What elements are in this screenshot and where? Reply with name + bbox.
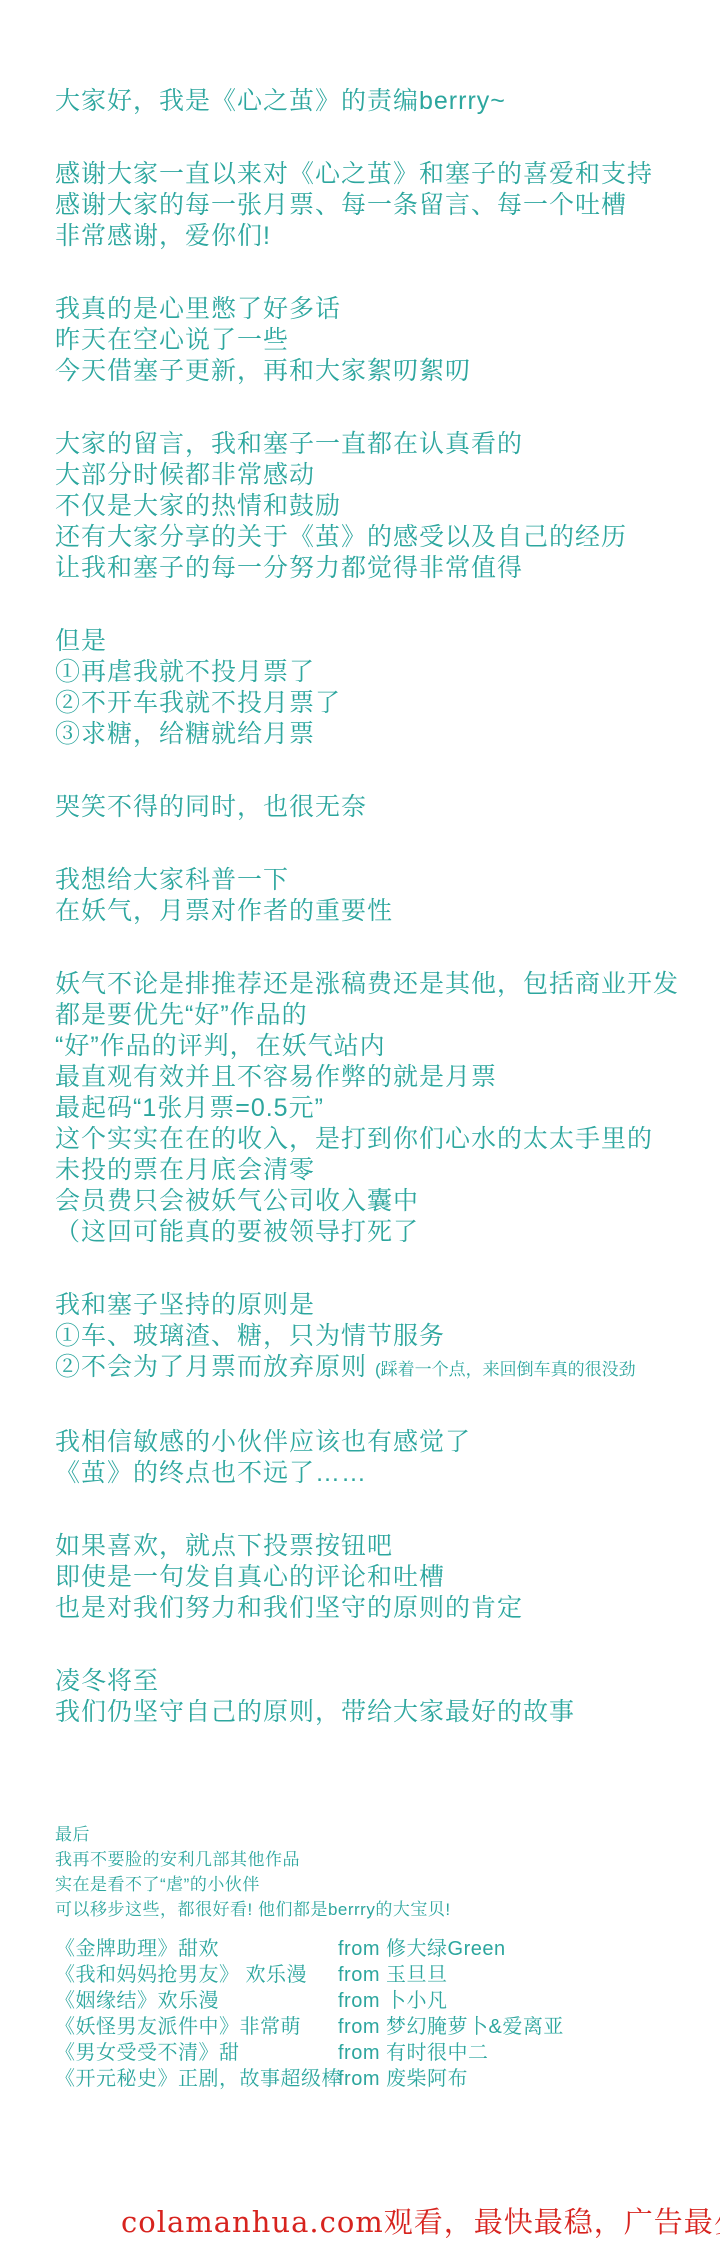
letter-paragraph: 感谢大家一直以来对《心之茧》和塞子的喜爱和支持感谢大家的每一张月票、每一条留言、…: [55, 159, 679, 252]
letter-paragraph: 凌冬将至我们仍坚守自己的原则，带给大家最好的故事: [55, 1666, 679, 1728]
editor-note-page: 大家好，我是《心之茧》的责编berrry~感谢大家一直以来对《心之茧》和塞子的喜…: [0, 0, 720, 2264]
letter-line: 感谢大家的每一张月票、每一条留言、每一个吐槽: [55, 190, 679, 221]
letter-line: 我真的是心里憋了好多话: [55, 294, 679, 325]
recommendation-row: 《开元秘史》正剧，故事超级棒from 废柴阿布: [55, 2066, 564, 2092]
letter-line: 即使是一句发自真心的评论和吐槽: [55, 1562, 679, 1593]
recommendation-author: from 有时很中二: [338, 2040, 489, 2066]
letter-line: 昨天在空心说了一些: [55, 325, 679, 356]
outro-line: 我再不要脸的安利几部其他作品: [55, 1847, 451, 1872]
letter-line: 妖气不论是排推荐还是涨稿费还是其他，包括商业开发: [55, 969, 679, 1000]
recommendation-list: 《金牌助理》甜欢from 修大绿Green《我和妈妈抢男友》 欢乐漫 from …: [55, 1936, 564, 2092]
letter-paragraph: 但是①再虐我就不投月票了②不开车我就不投月票了③求糖，给糖就给月票: [55, 626, 679, 750]
letter-line: 未投的票在月底会清零: [55, 1155, 679, 1186]
letter-line: 今天借塞子更新，再和大家絮叨絮叨: [55, 356, 679, 387]
letter-line: 也是对我们努力和我们坚守的原则的肯定: [55, 1593, 679, 1624]
letter-line: 还有大家分享的关于《茧》的感受以及自己的经历: [55, 522, 679, 553]
letter-paragraph: 我和塞子坚持的原则是①车、玻璃渣、糖，只为情节服务②不会为了月票而放弃原则(踩着…: [55, 1290, 679, 1385]
recommendation-title: 《我和妈妈抢男友》 欢乐漫: [55, 1962, 338, 1988]
recommendation-author: from 梦幻腌萝卜&爱离亚: [338, 2014, 564, 2040]
letter-line: 如果喜欢，就点下投票按钮吧: [55, 1531, 679, 1562]
letter-paragraph: 我想给大家科普一下在妖气，月票对作者的重要性: [55, 865, 679, 927]
letter-line: 最直观有效并且不容易作弊的就是月票: [55, 1062, 679, 1093]
letter-line: 大家的留言，我和塞子一直都在认真看的: [55, 429, 679, 460]
letter-line: ②不开车我就不投月票了: [55, 688, 679, 719]
letter-line: 让我和塞子的每一分努力都觉得非常值得: [55, 553, 679, 584]
letter-paragraph: 我相信敏感的小伙伴应该也有感觉了《茧》的终点也不远了……: [55, 1427, 679, 1489]
letter-paragraph: 大家好，我是《心之茧》的责编berrry~: [55, 86, 679, 117]
letter-line: 非常感谢，爱你们!: [55, 221, 679, 252]
recommendation-author: from 废柴阿布: [338, 2066, 468, 2092]
letter-line: 我和塞子坚持的原则是: [55, 1290, 679, 1321]
letter-line-note: (踩着一个点，来回倒车真的很没劲: [375, 1360, 636, 1379]
editor-letter: 大家好，我是《心之茧》的责编berrry~感谢大家一直以来对《心之茧》和塞子的喜…: [55, 86, 679, 1770]
letter-line: 在妖气，月票对作者的重要性: [55, 896, 679, 927]
recommendation-row: 《我和妈妈抢男友》 欢乐漫 from 玉旦旦: [55, 1962, 564, 1988]
letter-line: 不仅是大家的热情和鼓励: [55, 491, 679, 522]
letter-line: 感谢大家一直以来对《心之茧》和塞子的喜爱和支持: [55, 159, 679, 190]
recommendation-row: 《男女受受不清》甜 from 有时很中二: [55, 2040, 564, 2066]
letter-line: 这个实实在在的收入，是打到你们心水的太太手里的: [55, 1124, 679, 1155]
outro-line: 最后: [55, 1822, 451, 1847]
letter-line: “好”作品的评判，在妖气站内: [55, 1031, 679, 1062]
letter-line: ③求糖，给糖就给月票: [55, 719, 679, 750]
letter-line: 但是: [55, 626, 679, 657]
letter-paragraph: 大家的留言，我和塞子一直都在认真看的大部分时候都非常感动不仅是大家的热情和鼓励还…: [55, 429, 679, 584]
letter-line: 最起码“1张月票=0.5元”: [55, 1093, 679, 1124]
recommendation-title: 《男女受受不清》甜: [55, 2040, 338, 2066]
letter-line: ②不会为了月票而放弃原则(踩着一个点，来回倒车真的很没劲: [55, 1352, 679, 1385]
letter-paragraph: 我真的是心里憋了好多话昨天在空心说了一些今天借塞子更新，再和大家絮叨絮叨: [55, 294, 679, 387]
letter-line: ①车、玻璃渣、糖，只为情节服务: [55, 1321, 679, 1352]
recommendation-row: 《金牌助理》甜欢from 修大绿Green: [55, 1936, 564, 1962]
letter-line: 都是要优先“好”作品的: [55, 1000, 679, 1031]
recommendation-author: from 卜小凡: [338, 1988, 448, 2014]
site-ad-text: colamanhua.com观看，最快最稳，广告最少: [121, 2202, 720, 2242]
letter-line: 大家好，我是《心之茧》的责编berrry~: [55, 86, 679, 117]
outro-line: 实在是看不了“虐”的小伙伴: [55, 1872, 451, 1897]
letter-paragraph: 哭笑不得的同时，也很无奈: [55, 792, 679, 823]
recommendation-title: 《妖怪男友派件中》非常萌: [55, 2014, 338, 2040]
recommendation-title: 《金牌助理》甜欢: [55, 1936, 338, 1962]
letter-line: 会员费只会被妖气公司收入囊中: [55, 1186, 679, 1217]
recommendation-author: from 玉旦旦: [338, 1962, 448, 1988]
recommendation-title: 《姻缘结》欢乐漫: [55, 1988, 338, 2014]
recommendation-row: 《妖怪男友派件中》非常萌from 梦幻腌萝卜&爱离亚: [55, 2014, 564, 2040]
letter-line: 凌冬将至: [55, 1666, 679, 1697]
letter-paragraph: 妖气不论是排推荐还是涨稿费还是其他，包括商业开发都是要优先“好”作品的“好”作品…: [55, 969, 679, 1248]
recommendation-title: 《开元秘史》正剧，故事超级棒: [55, 2066, 338, 2092]
letter-line: 大部分时候都非常感动: [55, 460, 679, 491]
letter-line: （这回可能真的要被领导打死了: [55, 1217, 679, 1248]
recommendation-row: 《姻缘结》欢乐漫from 卜小凡: [55, 1988, 564, 2014]
letter-paragraph: 如果喜欢，就点下投票按钮吧即使是一句发自真心的评论和吐槽也是对我们努力和我们坚守…: [55, 1531, 679, 1624]
letter-line: 《茧》的终点也不远了……: [55, 1458, 679, 1489]
outro-line: 可以移步这些，都很好看! 他们都是berrry的大宝贝!: [55, 1897, 451, 1922]
letter-line: 我们仍坚守自己的原则，带给大家最好的故事: [55, 1697, 679, 1728]
letter-line-text: ②不会为了月票而放弃原则: [55, 1353, 367, 1381]
letter-line: 哭笑不得的同时，也很无奈: [55, 792, 679, 823]
letter-line: 我想给大家科普一下: [55, 865, 679, 896]
letter-line: ①再虐我就不投月票了: [55, 657, 679, 688]
outro-block: 最后我再不要脸的安利几部其他作品实在是看不了“虐”的小伙伴可以移步这些，都很好看…: [55, 1822, 451, 1922]
recommendation-author: from 修大绿Green: [338, 1936, 506, 1962]
letter-line: 我相信敏感的小伙伴应该也有感觉了: [55, 1427, 679, 1458]
